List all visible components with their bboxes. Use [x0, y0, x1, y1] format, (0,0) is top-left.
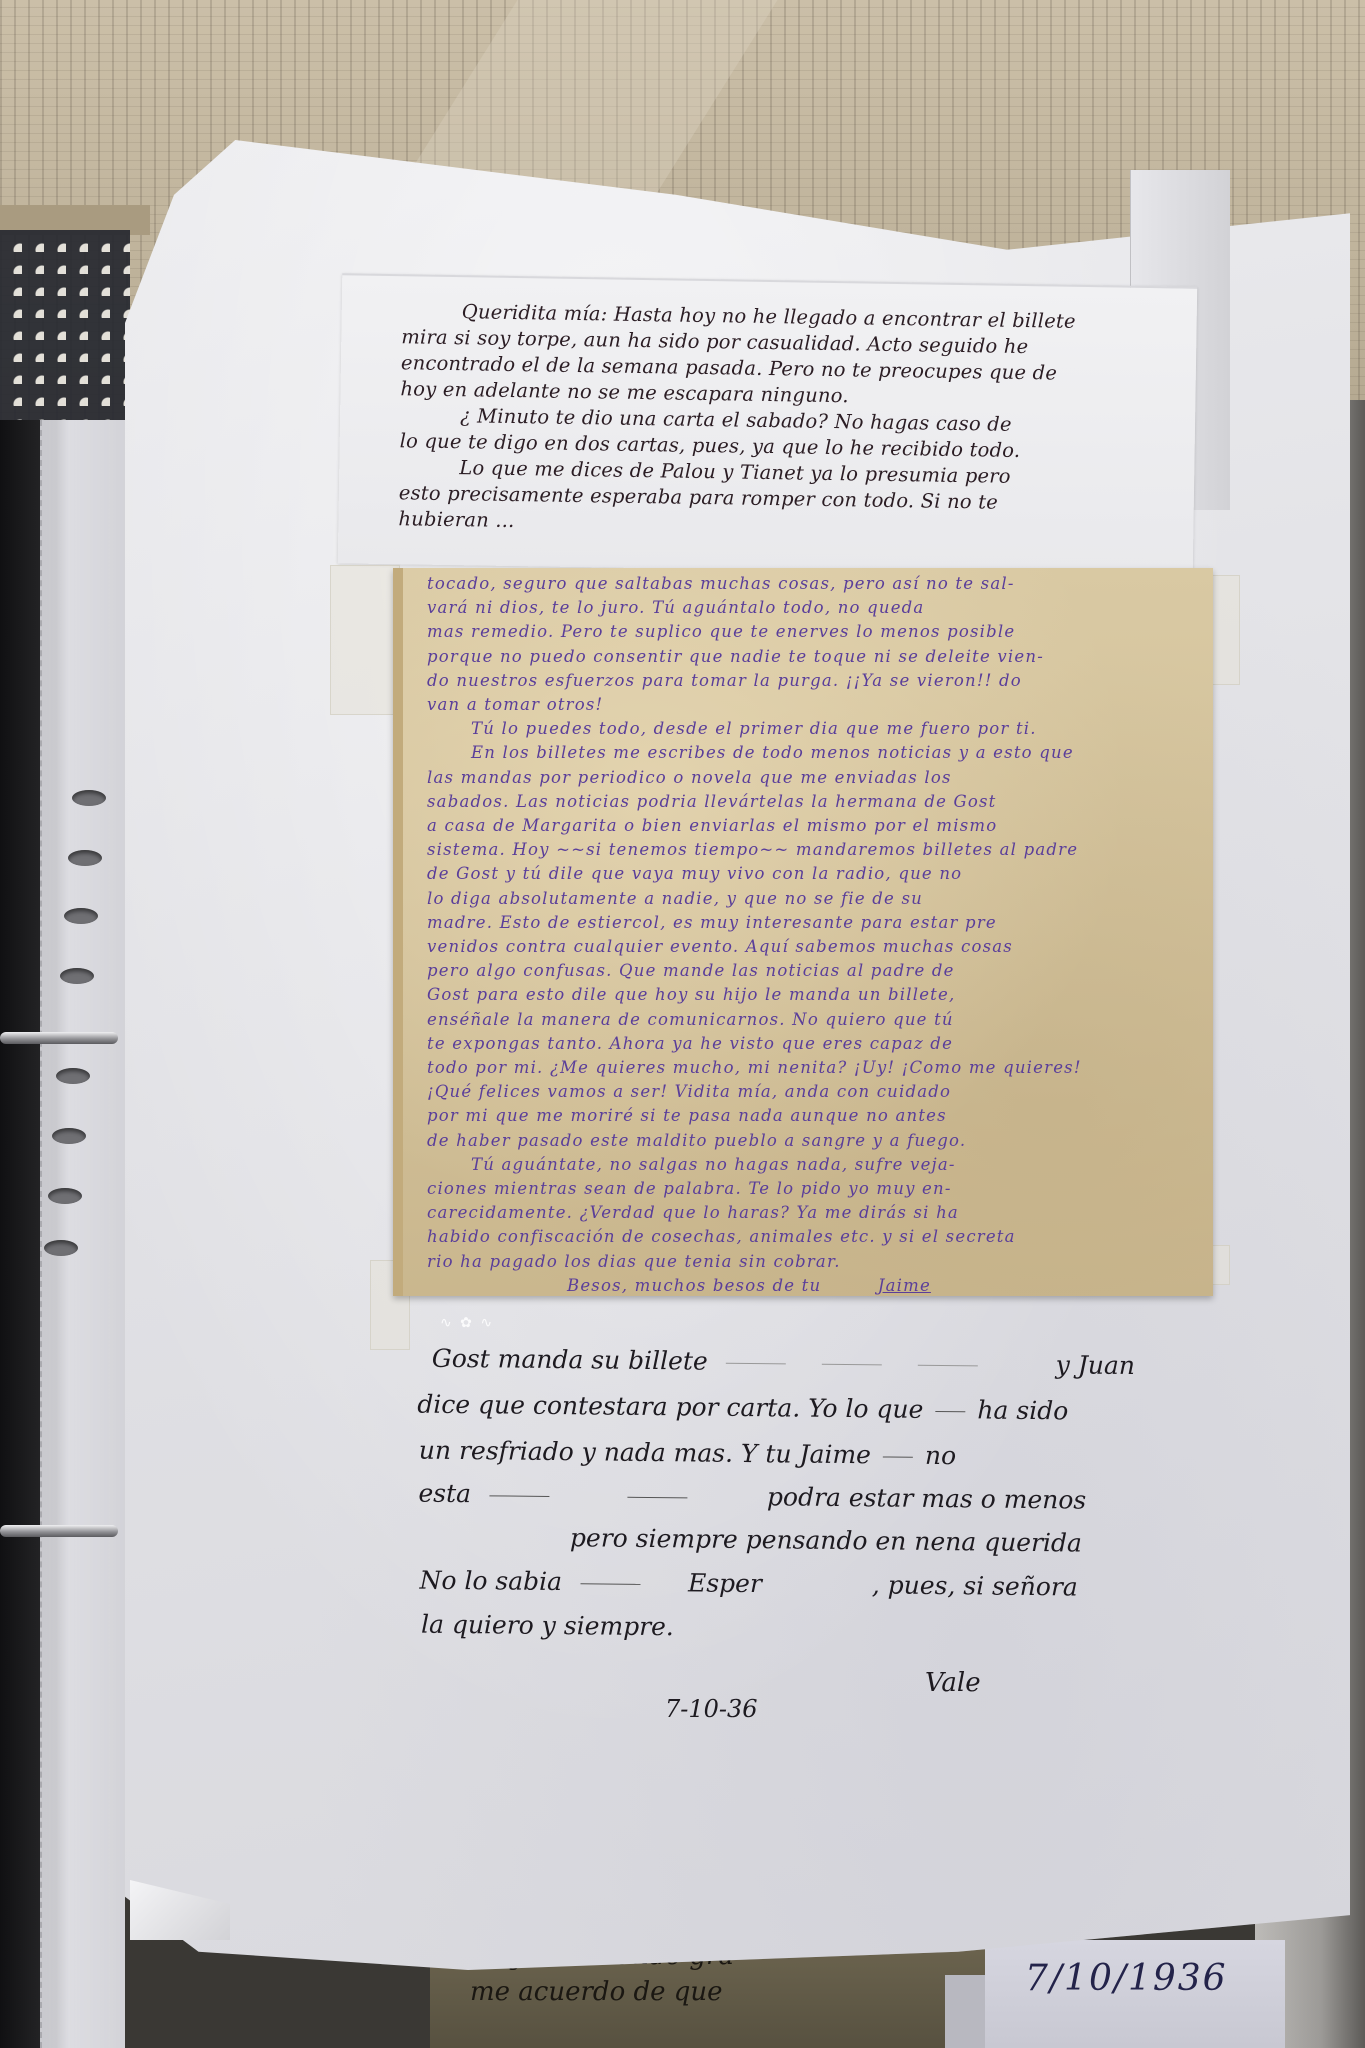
bottom-note-line: un resfriado y nada mas. Y tu Jaimeno: [419, 1436, 957, 1471]
aged-letter-line: tocado, seguro que saltabas muchas cosas…: [427, 572, 1195, 596]
punch-hole: [60, 968, 94, 984]
blank-dash: [489, 1495, 549, 1497]
text: pero siempre pensando en nena querida: [570, 1523, 1082, 1557]
date-label-card: 7/10/1936: [985, 1940, 1285, 2048]
plastic-sleeve: [40, 420, 125, 2048]
text: Gost manda su billete: [432, 1344, 708, 1376]
aged-letter-line: porque no puedo consentir que nadie te t…: [427, 645, 1195, 669]
punch-hole: [52, 1128, 86, 1144]
top-note: Queridita mía: Hasta hoy no he llegado a…: [338, 273, 1197, 576]
punch-hole: [72, 790, 106, 806]
text: No lo sabia: [419, 1566, 562, 1596]
aged-letter-line: madre. Esto de estiercol, es muy interes…: [427, 911, 1195, 935]
punch-hole: [68, 850, 102, 866]
closing-vale: Vale: [925, 1668, 981, 1698]
aged-letter-line: rio ha pagado los dias que tenia sin cob…: [427, 1250, 1195, 1274]
blank-dash: [918, 1365, 978, 1367]
embossed-stamp: ∿ ✿ ∿: [440, 1315, 530, 1343]
punch-hole: [56, 1068, 90, 1084]
punch-hole: [64, 908, 98, 924]
aged-letter-line: Gost para esto dile que hoy su hijo le m…: [427, 983, 1195, 1007]
label-tab: [945, 1975, 987, 2048]
aged-letter: tocado, seguro que saltabas muchas cosas…: [393, 568, 1213, 1296]
lace-trim: [0, 230, 130, 430]
aged-letter-line: lo diga absolutamente a nadie, y que no …: [427, 887, 1195, 911]
blank-dash: [726, 1363, 786, 1365]
punch-hole: [44, 1240, 78, 1256]
aged-letter-line: enséñale la manera de comunicarnos. No q…: [427, 1008, 1195, 1032]
bottom-note: Gost manda su billetey Juan dice que con…: [428, 1344, 1252, 1733]
text: podra estar mas o menos: [767, 1482, 1086, 1514]
aged-letter-line: por mi que me moriré si te pasa nada aun…: [427, 1104, 1195, 1128]
bottom-note-line: estapodra estar mas o menos: [418, 1479, 1086, 1515]
bottom-note-line: la quiero y siempre.: [421, 1610, 674, 1642]
aged-letter-line: pero algo confusas. Que mande las notici…: [427, 959, 1195, 983]
text: la quiero y siempre.: [421, 1610, 674, 1642]
text: Esper: [658, 1568, 762, 1598]
closing-text: Besos, muchos besos de tu: [567, 1276, 821, 1295]
punch-hole: [48, 1188, 82, 1204]
aged-letter-line: ciones mientras sean de palabra. Te lo p…: [427, 1177, 1195, 1201]
blank-dash: [627, 1497, 687, 1499]
binder-ring-lower: [0, 1525, 118, 1537]
aged-letter-line: do nuestros esfuerzos para tomar la purg…: [427, 669, 1195, 693]
aged-letter-line: ¡Qué felices vamos a ser! Vidita mía, an…: [427, 1080, 1195, 1104]
bottom-note-line: Gost manda su billetey Juan: [432, 1344, 1135, 1380]
text: un resfriado y nada mas. Y tu Jaime: [419, 1436, 871, 1470]
aged-letter-line: mas remedio. Pero te suplico que te ener…: [427, 620, 1195, 644]
blank-dash: [822, 1364, 882, 1366]
aged-letter-line: de Gost y tú dile que vaya muy vivo con …: [427, 862, 1195, 886]
binder-ring-upper: [0, 1032, 118, 1044]
blank-dash: [935, 1411, 965, 1412]
text: ha sido: [977, 1395, 1068, 1425]
text: y Juan: [996, 1350, 1135, 1380]
text: esta: [418, 1479, 471, 1509]
aged-letter-line: vará ni dios, te lo juro. Tú aguántalo t…: [427, 596, 1195, 620]
blank-dash: [580, 1583, 640, 1585]
aged-letter-line: de haber pasado este maldito pueblo a sa…: [427, 1129, 1195, 1153]
text: no: [925, 1441, 956, 1470]
bottom-note-line: pero siempre pensando en nena querida: [570, 1523, 1082, 1557]
aged-letter-line: Tú lo puedes todo, desde el primer dia q…: [427, 717, 1195, 741]
aged-letter-line: Tú aguántate, no salgas no hagas nada, s…: [427, 1153, 1195, 1177]
aged-letter-line: a casa de Margarita o bien enviarlas el …: [427, 814, 1195, 838]
aged-letter-closing: Besos, muchos besos de tu Jaime: [427, 1274, 1195, 1296]
aged-letter-line: En los billetes me escribes de todo meno…: [427, 741, 1195, 765]
aged-letter-line: te expongas tanto. Ahora ya he visto que…: [427, 1032, 1195, 1056]
text: , pues, si señora: [762, 1569, 1078, 1601]
handwritten-date: 7-10-36: [665, 1695, 758, 1723]
aged-letter-line: habido confiscación de cosechas, animale…: [427, 1225, 1195, 1249]
aged-letter-line: las mandas por periodico o novela que me…: [427, 766, 1195, 790]
date-label-text: 7/10/1936: [1025, 1958, 1285, 1999]
blank-dash: [883, 1456, 913, 1457]
bottom-note-line: No lo sabiaEsper, pues, si señora: [419, 1566, 1078, 1602]
aged-letter-line: sistema. Hoy ~~si tenemos tiempo~~ manda…: [427, 838, 1195, 862]
bottom-note-line: dice que contestara por carta. Yo lo que…: [417, 1390, 1068, 1426]
aged-letter-line: carecidamente. ¿Verdad que lo haras? Ya …: [427, 1201, 1195, 1225]
text: dice que contestara por carta. Yo lo que: [417, 1390, 923, 1424]
aged-letter-line: sabados. Las noticias podria llevártelas…: [427, 790, 1195, 814]
signature: Jaime: [828, 1276, 931, 1295]
tape-top-left: [330, 565, 400, 715]
aged-letter-line: venidos contra cualquier evento. Aquí sa…: [427, 935, 1195, 959]
aged-letter-line: todo por mi. ¿Me quieres mucho, mi nenit…: [427, 1056, 1195, 1080]
aged-letter-line: van a tomar otros!: [427, 693, 1195, 717]
